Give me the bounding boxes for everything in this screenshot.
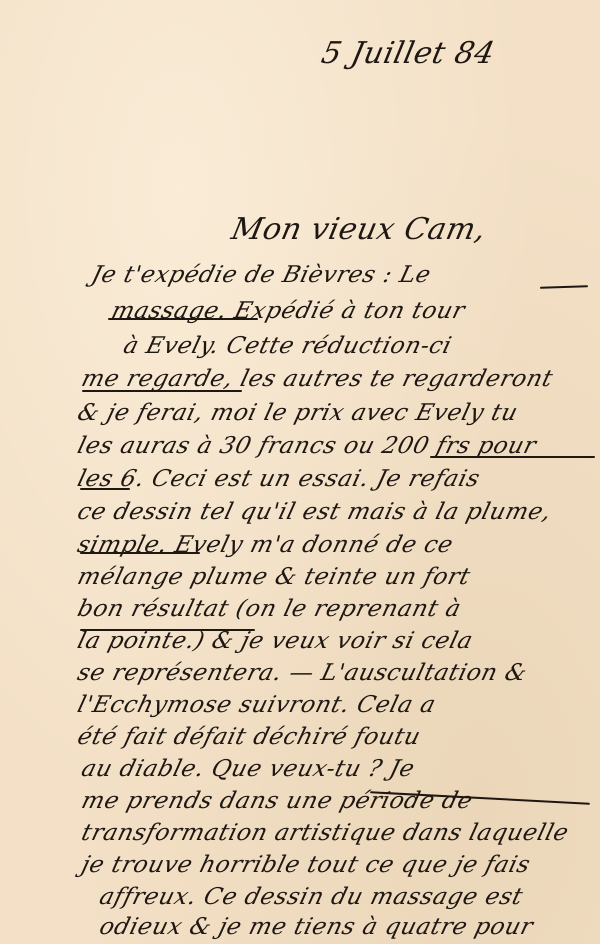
letter-line: massage. Expédié à ton tour [109, 298, 468, 324]
letter-line: je trouve horrible tout ce que je fais [79, 852, 533, 878]
letter-line: la pointe.) & je veux voir si cela [75, 628, 476, 654]
letter-line: odieux & je me tiens à quatre pour [97, 914, 536, 940]
letter-line: l'Ecchymose suivront. Cela a [75, 692, 439, 718]
letter-date: 5 Juillet 84 [318, 36, 498, 71]
letter-line: Je t'expédie de Bièvres : Le [89, 262, 434, 288]
letter-line: été fait défait déchiré foutu [75, 724, 424, 750]
letter-line: les 6. Ceci est un essai. Je refais [75, 466, 483, 492]
letter-line: se représentera. — L'auscultation & [75, 660, 530, 686]
letter-salutation: Mon vieux Cam, [228, 212, 489, 247]
letter-line: & je ferai, moi le prix avec Evely tu [75, 400, 521, 426]
letter-line: affreux. Ce dessin du massage est [97, 884, 526, 910]
underline-stroke [108, 318, 258, 320]
letter-line: bon résultat (on le reprenant à [75, 596, 464, 622]
letter-page: 5 Juillet 84 Mon vieux Cam, Je t'expédie… [0, 0, 600, 944]
letter-line: au diable. Que veux-tu ? Je [79, 756, 418, 782]
underline-stroke [80, 552, 200, 554]
letter-line: me prends dans une période de [79, 788, 476, 814]
underline-stroke [82, 390, 242, 392]
letter-line: transformation artistique dans laquelle [79, 820, 572, 846]
underline-stroke [430, 456, 595, 458]
underline-stroke [540, 285, 588, 289]
letter-line: mélange plume & teinte un fort [75, 564, 473, 590]
letter-line: ce dessin tel qu'il est mais à la plume, [75, 499, 554, 525]
letter-line: me regarde, les autres te regarderont [79, 366, 556, 392]
letter-line: simple. Evely m'a donné de ce [75, 532, 456, 558]
underline-stroke [80, 629, 255, 631]
underline-stroke [80, 488, 130, 490]
letter-line: à Evely. Cette réduction-ci [121, 333, 455, 359]
